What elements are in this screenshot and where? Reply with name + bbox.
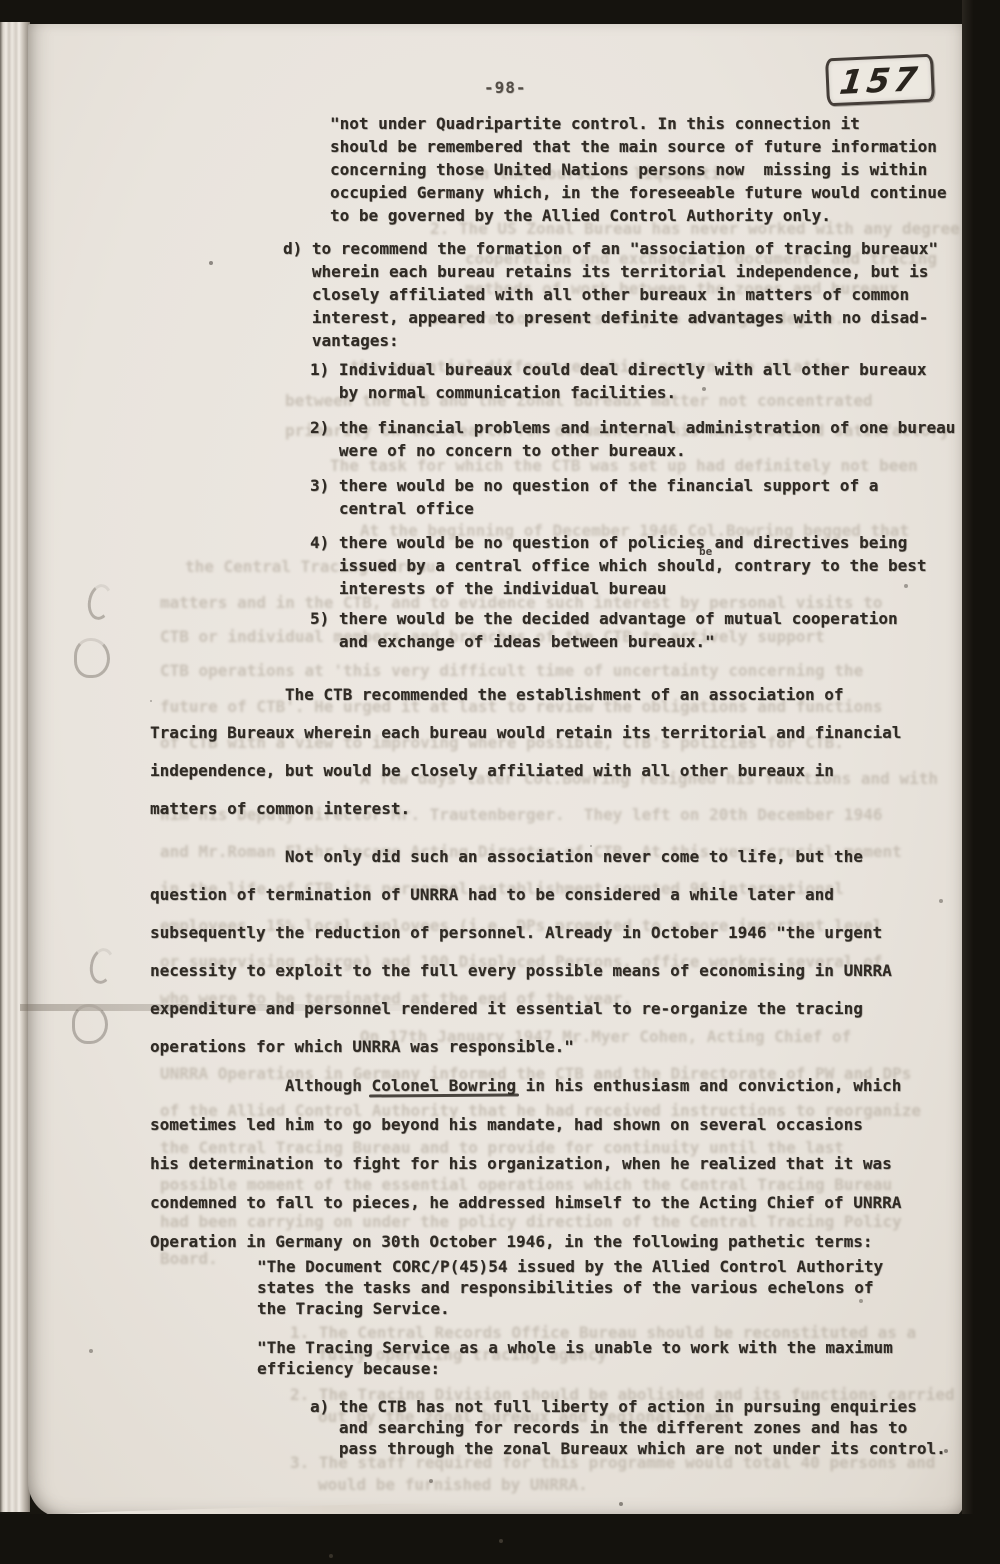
book-page-edges (0, 22, 30, 1512)
stamp-number: 157 (837, 59, 923, 102)
paragraph-ctb-recommendation: The CTB recommended the establishment of… (150, 676, 901, 828)
quoted-block-document: "The Document CORC/P(45)54 issued by the… (257, 1256, 883, 1319)
typed-insertion-be: be (699, 545, 712, 558)
list-item-4: 4) there would be no question of policie… (310, 531, 927, 600)
paper-specks (0, 0, 2, 2)
paragraph-colonel-bowring: Although Colonel Bowring in his enthusia… (150, 1066, 901, 1261)
punch-hole-mark (74, 638, 110, 678)
list-item-3: 3) there would be no question of the fin… (310, 474, 878, 520)
quoted-block-tracing-service: "The Tracing Service as a whole is unabl… (257, 1337, 893, 1379)
list-item-5: 5) there would be the decided advantage … (310, 607, 898, 653)
item-a: a) the CTB has not full liberty of actio… (310, 1396, 946, 1459)
scanner-background-top (0, 0, 1000, 25)
scanner-background-bottom (0, 1514, 1000, 1564)
scanner-background-right (962, 0, 1000, 1564)
list-item-1: 1) Individual bureaux could deal directl… (310, 358, 927, 404)
bleedthrough-line: would be furnished by UNRRA. (318, 1474, 588, 1496)
scanned-document-page: in the course of liquidation2. The US Zo… (0, 0, 1000, 1564)
quoted-block-top: "not under Quadripartite control. In thi… (330, 112, 947, 227)
page-number: -98- (484, 78, 527, 97)
item-d: d) to recommend the formation of an "ass… (283, 237, 938, 352)
list-item-2: 2) the financial problems and internal a… (310, 416, 955, 462)
paragraph-unrra-termination: Not only did such an association never c… (150, 838, 892, 1066)
catalog-stamp: 157 (825, 54, 935, 107)
